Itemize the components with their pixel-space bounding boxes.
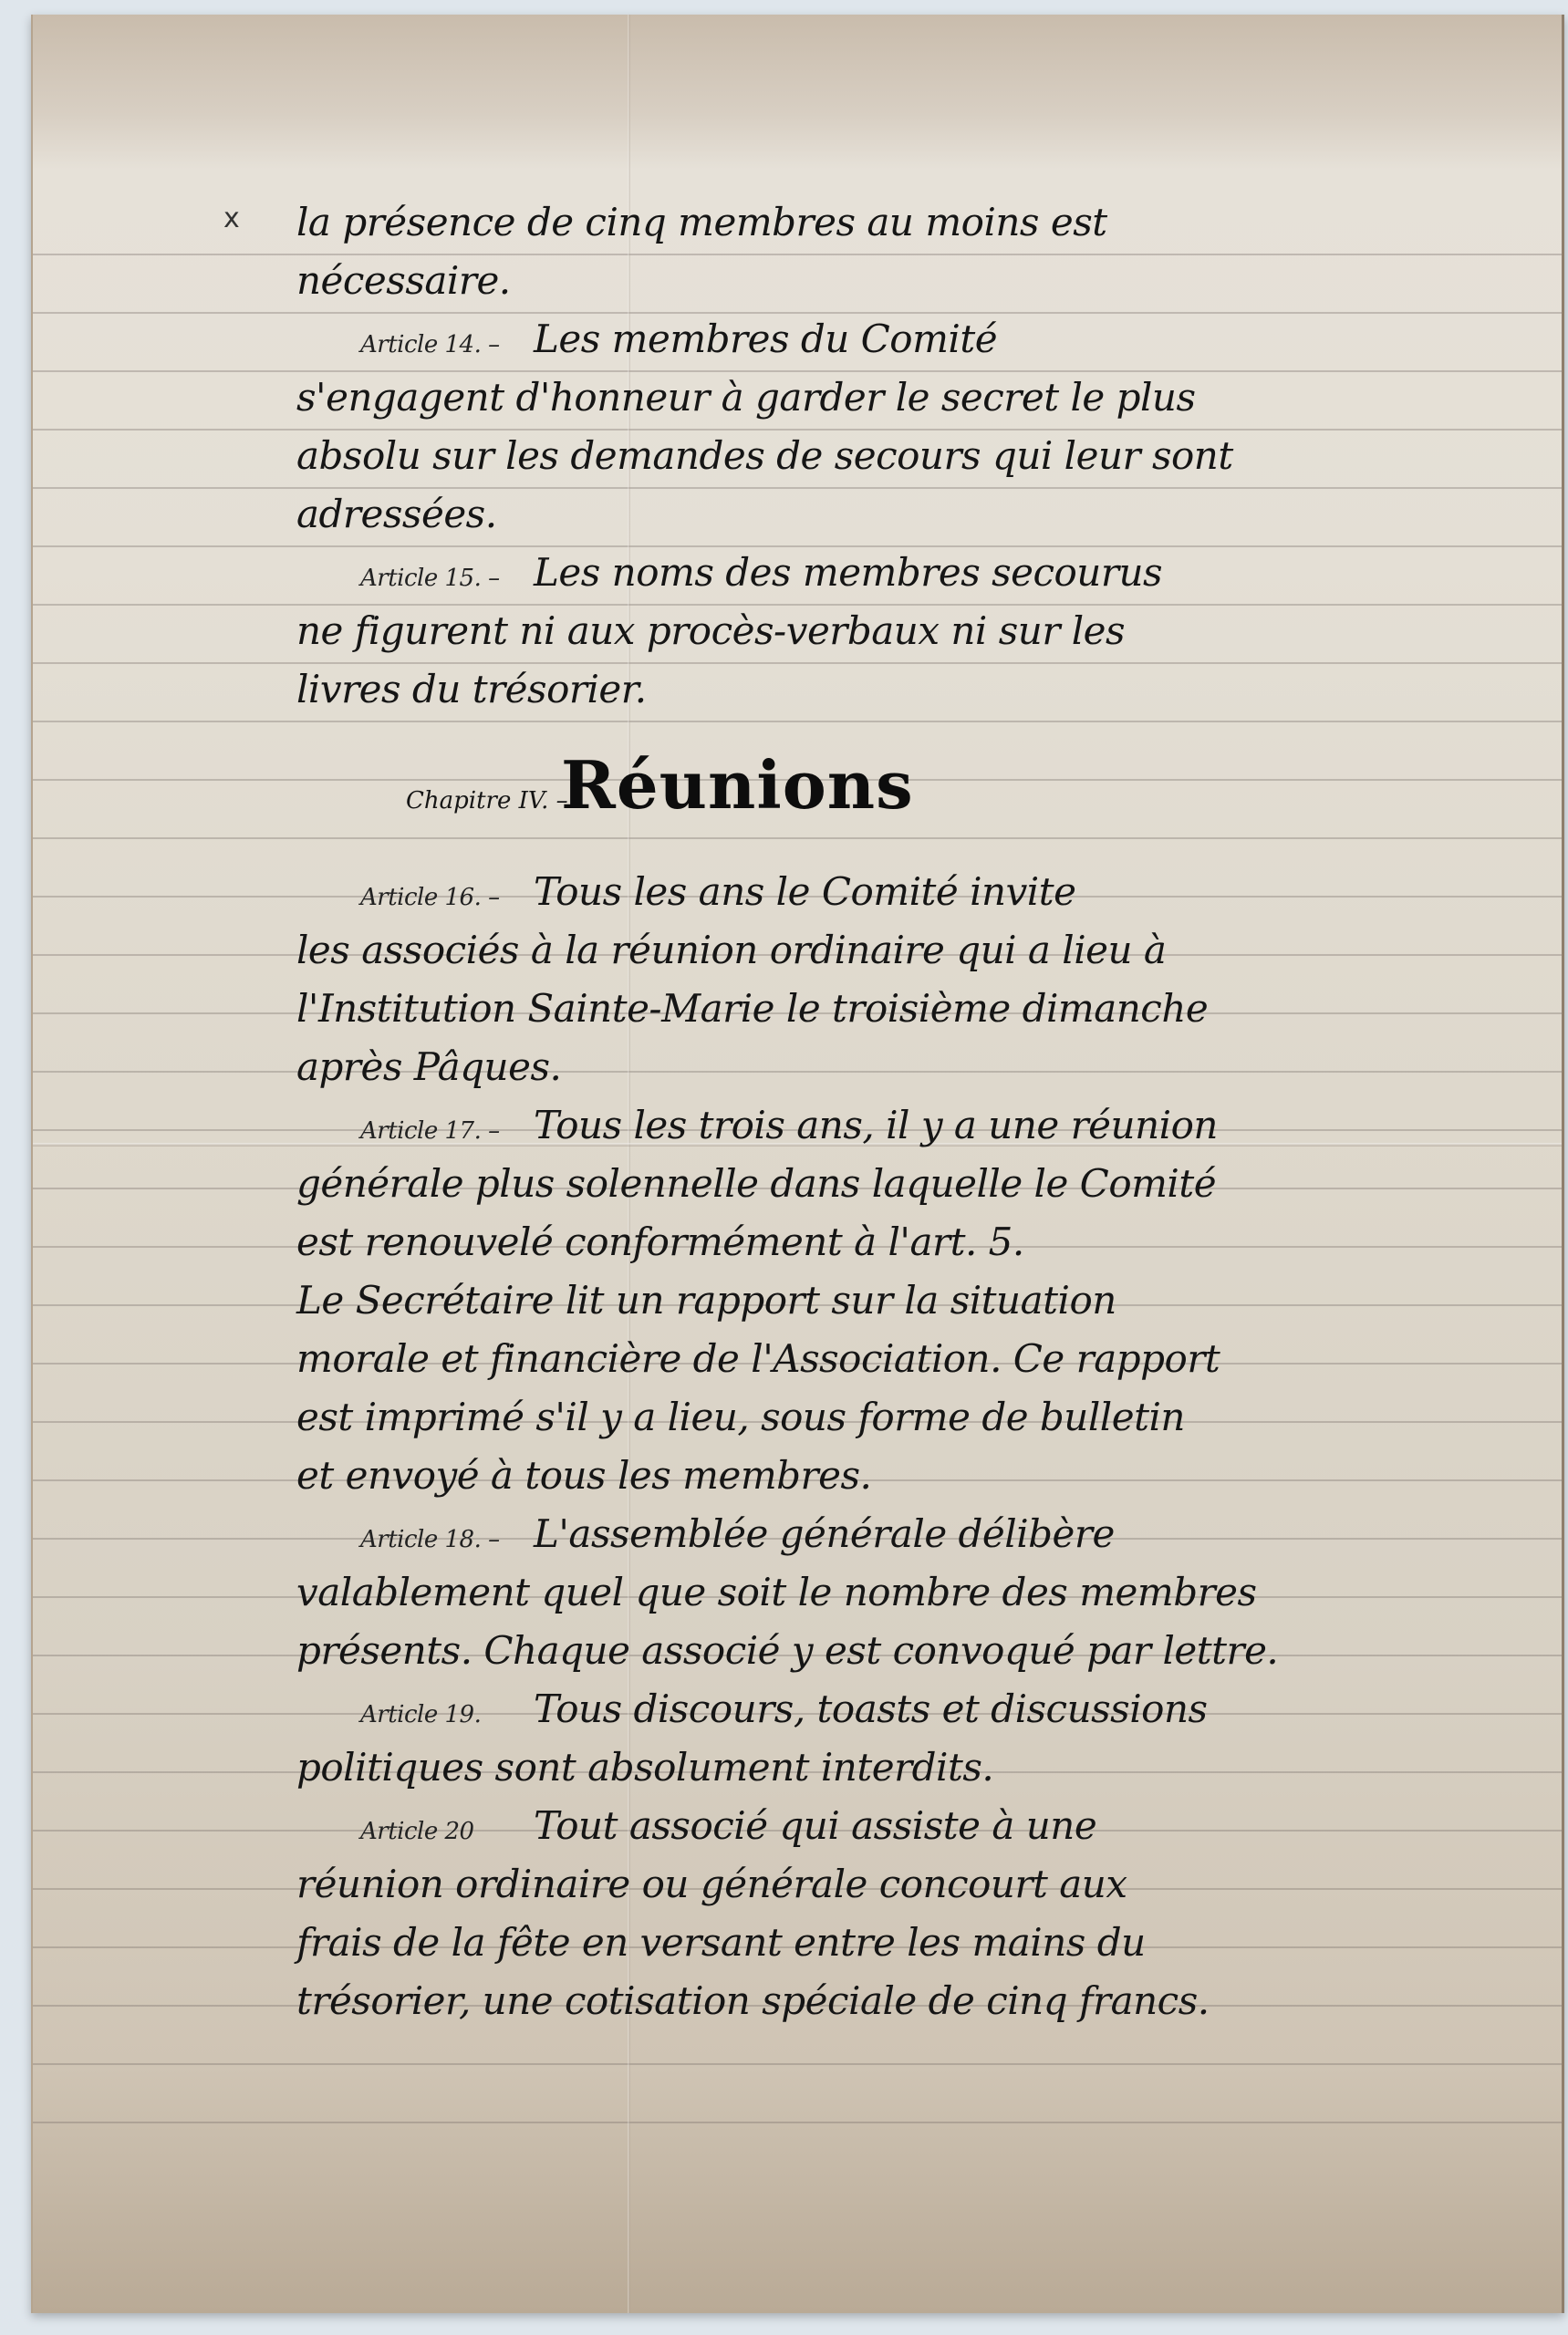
article-19-heading-line: Article 19.Tous discours, toasts et disc…: [296, 1680, 1537, 1738]
text-line: générale plus solennelle dans laquelle l…: [296, 1155, 1537, 1213]
text-line: L'assemblée générale délibère: [534, 1511, 1115, 1556]
manuscript-text: la présence de cinq membres au moins est…: [296, 193, 1537, 2030]
text-line: est imprimé s'il y a lieu, sous forme de…: [296, 1388, 1537, 1447]
text-line: ne figurent ni aux procès-verbaux ni sur…: [296, 602, 1537, 660]
text-line: Tous les trois ans, il y a une réunion: [534, 1103, 1218, 1147]
article-16-heading-line: Article 16. –Tous les ans le Comité invi…: [296, 863, 1537, 921]
chapter-title: Réunions: [561, 746, 914, 824]
text-line: Les noms des membres secourus: [534, 550, 1162, 595]
text-line: s'engagent d'honneur à garder le secret …: [296, 368, 1537, 427]
text-line: adressées.: [296, 485, 1537, 544]
text-line: trésorier, une cotisation spéciale de ci…: [296, 1972, 1537, 2030]
text-line: les associés à la réunion ordinaire qui …: [296, 921, 1537, 980]
text-line: est renouvelé conformément à l'art. 5.: [296, 1213, 1537, 1271]
text-line: Tous discours, toasts et discussions: [534, 1686, 1208, 1731]
text-line: la présence de cinq membres au moins est: [296, 193, 1537, 252]
article-label: Article 18. –: [296, 1510, 534, 1569]
article-14-heading-line: Article 14. –Les membres du Comité: [296, 310, 1537, 368]
text-line: Tout associé qui assiste à une: [534, 1803, 1096, 1848]
text-line: frais de la fête en versant entre les ma…: [296, 1914, 1537, 1972]
text-line: morale et financière de l'Association. C…: [296, 1330, 1537, 1388]
text-line: nécessaire.: [296, 252, 1537, 310]
article-18-heading-line: Article 18. –L'assemblée générale délibè…: [296, 1505, 1537, 1563]
text-line: réunion ordinaire ou générale concourt a…: [296, 1855, 1537, 1914]
article-17-heading-line: Article 17. –Tous les trois ans, il y a …: [296, 1096, 1537, 1155]
article-label: Article 20: [296, 1802, 534, 1861]
chapter-label: Chapitre IV. –: [296, 751, 561, 851]
text-line: valablement quel que soit le nombre des …: [296, 1563, 1537, 1622]
article-label: Article 15. –: [296, 549, 534, 607]
text-line: présents. Chaque associé y est convoqué …: [296, 1622, 1537, 1680]
text-line: politiques sont absolument interdits.: [296, 1738, 1537, 1797]
text-line: et envoyé à tous les membres.: [296, 1447, 1537, 1505]
article-15-heading-line: Article 15. –Les noms des membres secour…: [296, 544, 1537, 602]
article-label: Article 16. –: [296, 868, 534, 927]
text-line: Tous les ans le Comité invite: [534, 869, 1075, 914]
article-label: Article 17. –: [296, 1102, 534, 1160]
article-label: Article 14. –: [296, 316, 534, 374]
text-line: Les membres du Comité: [534, 317, 997, 361]
article-20-heading-line: Article 20Tout associé qui assiste à une: [296, 1797, 1537, 1855]
chapter-heading: Chapitre IV. –Réunions: [296, 735, 1537, 835]
text-line: absolu sur les demandes de secours qui l…: [296, 427, 1537, 485]
text-line: après Pâques.: [296, 1038, 1537, 1096]
margin-cross-mark: x: [223, 202, 240, 234]
article-label: Article 19.: [296, 1686, 534, 1744]
text-line: l'Institution Sainte-Marie le troisième …: [296, 980, 1537, 1038]
text-line: Le Secrétaire lit un rapport sur la situ…: [296, 1271, 1537, 1330]
text-line: livres du trésorier.: [296, 660, 1537, 719]
